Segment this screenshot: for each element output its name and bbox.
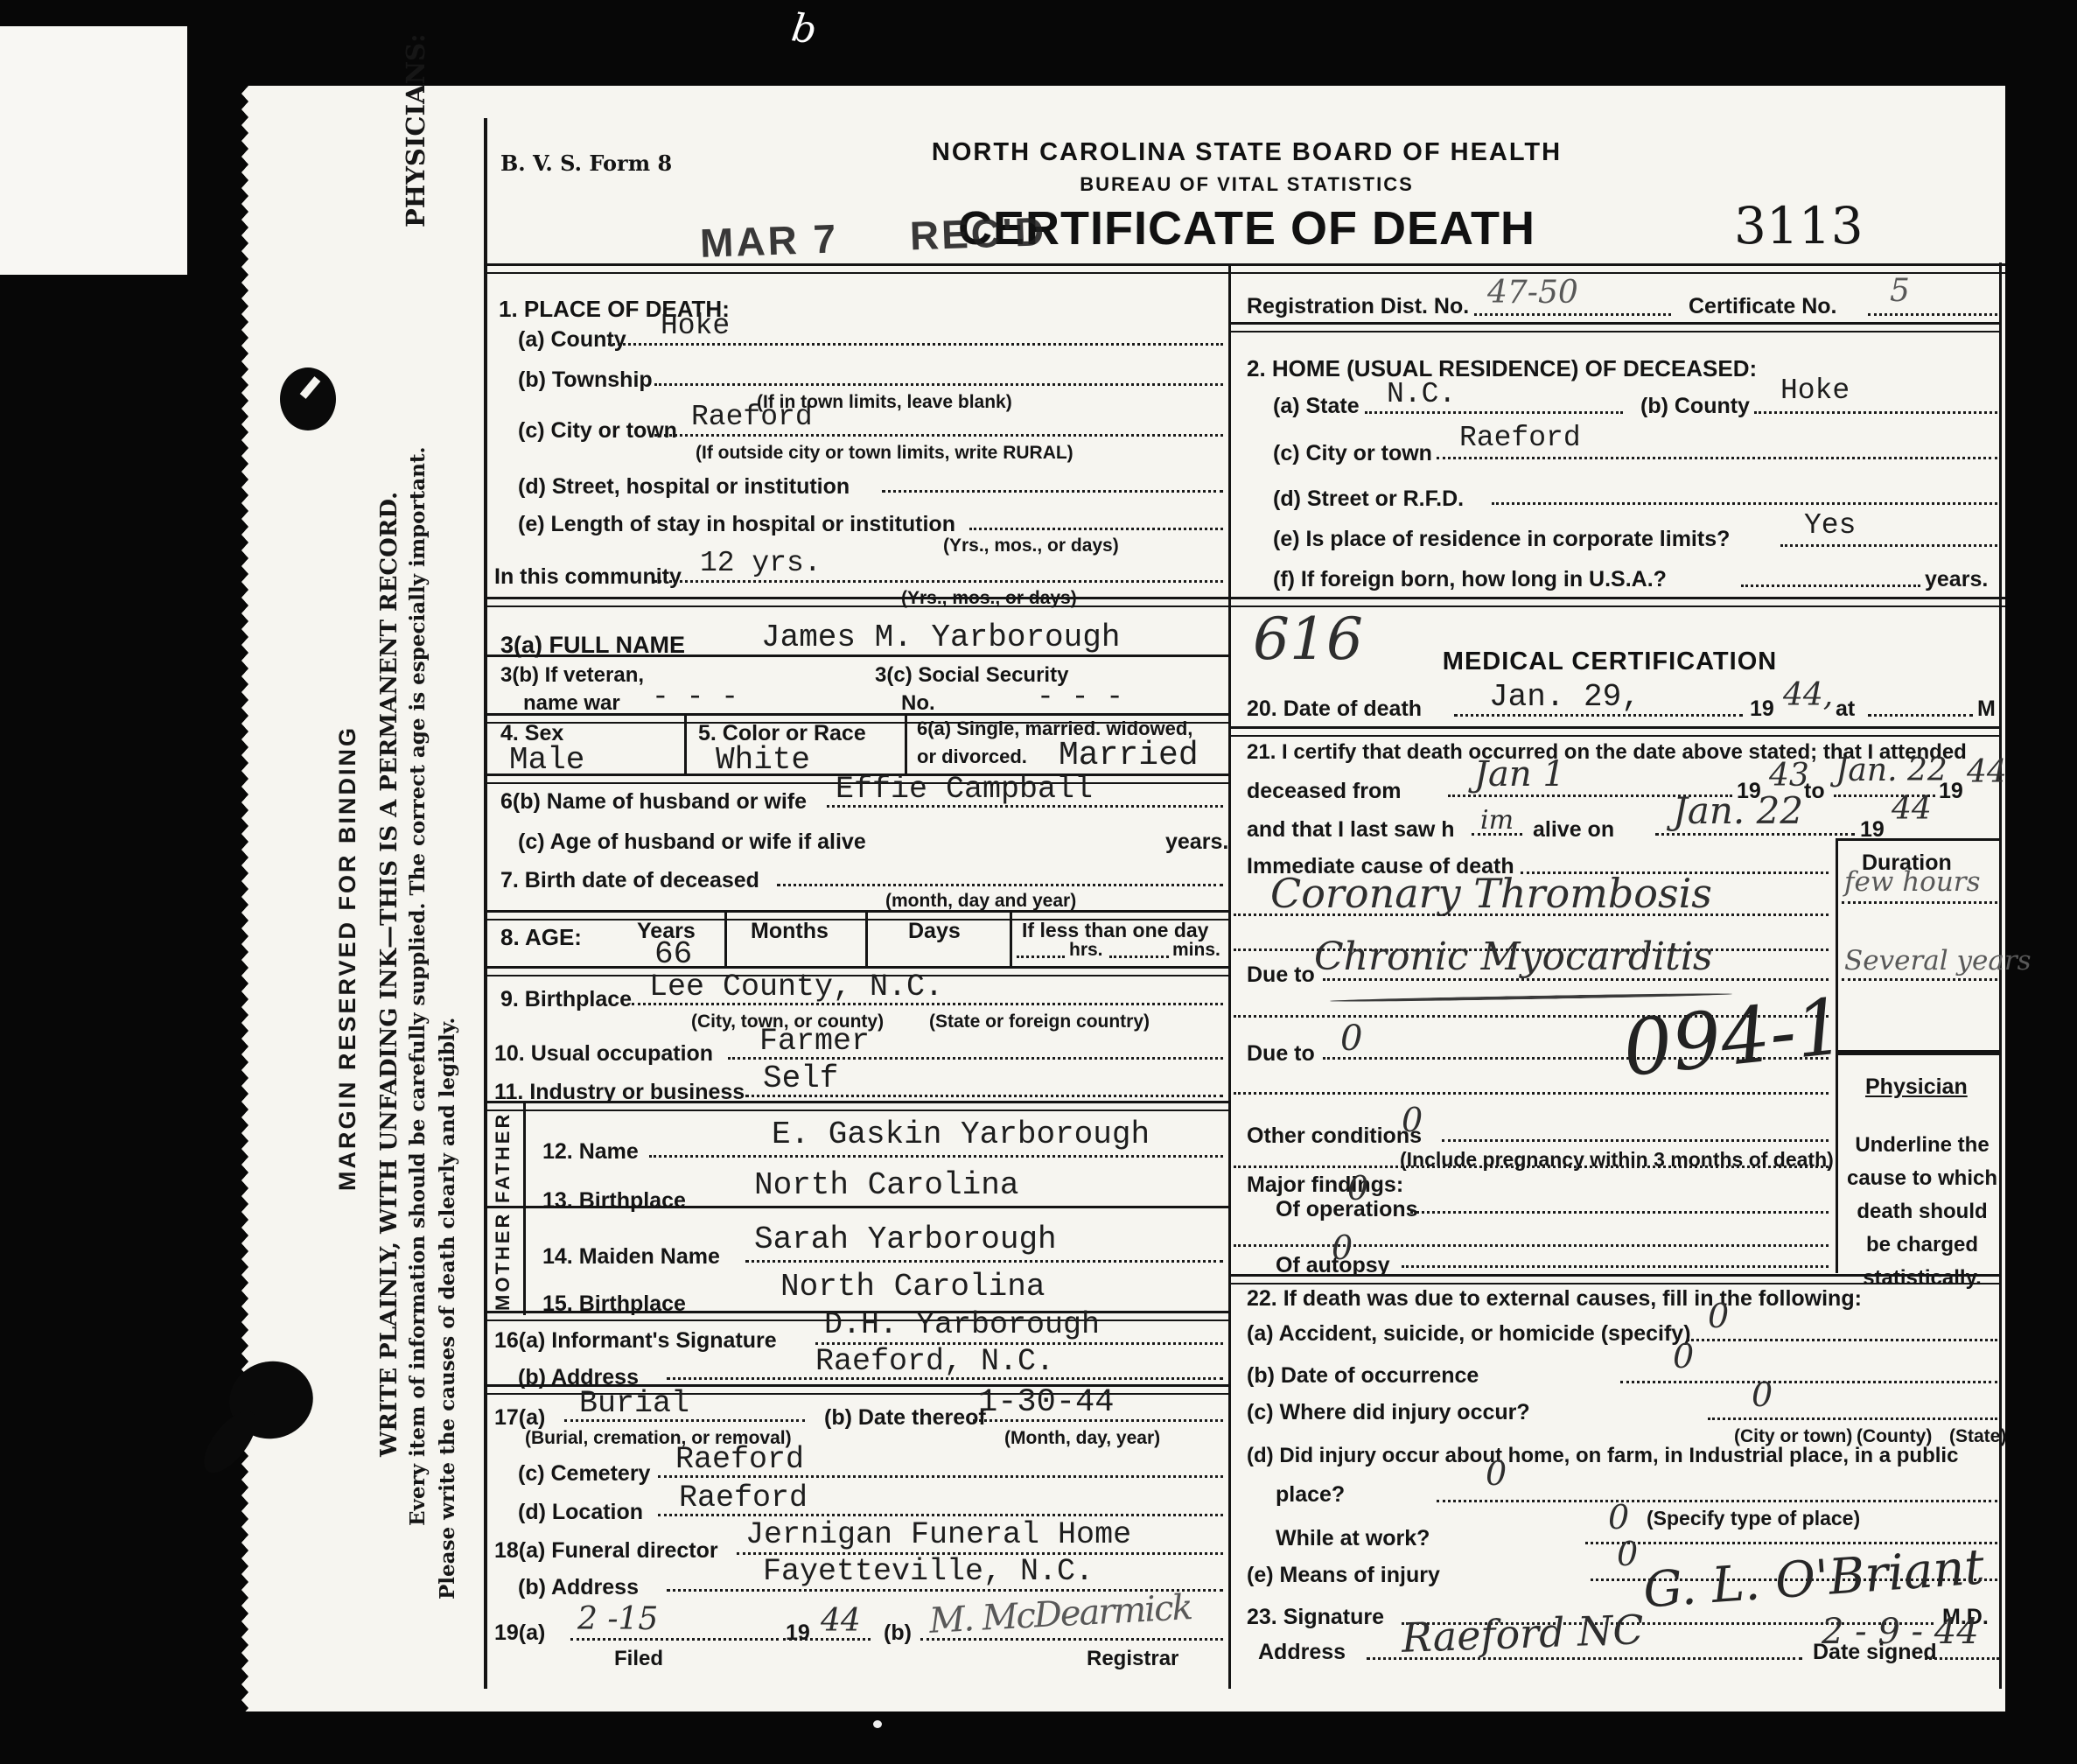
township-label: (b) Township xyxy=(518,367,653,393)
home-state-line xyxy=(1365,411,1623,414)
form-left-border xyxy=(484,118,487,1689)
informant-sig-label: 16(a) Informant's Signature xyxy=(494,1328,777,1354)
physician-note: Underline the cause to which death shoul… xyxy=(1843,1129,2002,1295)
registrar-line xyxy=(920,1638,1223,1641)
director-addr-label: (b) Address xyxy=(518,1575,639,1600)
full-name-value: James M. Yarborough xyxy=(761,619,1120,655)
location-label: (d) Location xyxy=(518,1500,643,1525)
margin-physicians-label: PHYSICIANS: xyxy=(401,96,441,227)
home-city-label: (c) City or town xyxy=(1273,441,1432,466)
community-line xyxy=(654,580,1223,583)
birthplace-hint2: (State or foreign country) xyxy=(929,1011,1150,1032)
home-county-value: Hoke xyxy=(1780,374,1850,407)
foreign-born-line xyxy=(1741,584,1920,587)
duration-bottom-rule xyxy=(1836,1050,2000,1055)
registrar-caption: Registrar xyxy=(1087,1647,1178,1671)
from-year: 43 xyxy=(1769,758,1809,794)
to-19: 19 xyxy=(1939,779,1963,804)
occupation-value: Farmer xyxy=(759,1024,870,1059)
birthplace-label: 9. Birthplace xyxy=(500,987,632,1012)
scan-white-box xyxy=(0,26,187,275)
community-hint: (Yrs., mos., or days) xyxy=(901,588,1077,609)
deceased-from-label: deceased from xyxy=(1247,779,1401,804)
certificate-serial: 3113 xyxy=(1734,196,1864,255)
accident-value: 0 xyxy=(1708,1297,1729,1335)
where-injury-value: 0 xyxy=(1752,1375,1773,1414)
father-birthplace-label: 13. Birthplace xyxy=(542,1188,686,1214)
age-divider2 xyxy=(865,910,868,968)
other-conditions-value: 0 xyxy=(1402,1101,1423,1139)
parents-mid-rule xyxy=(484,1206,1228,1208)
saw-year: 44 xyxy=(1892,791,1932,827)
injury-place-label: place? xyxy=(1276,1482,1345,1508)
date-signed-value: 2 - 9 - 44 xyxy=(1822,1612,1979,1652)
county-label: (a) County xyxy=(518,327,626,353)
father-name-line xyxy=(649,1155,1223,1158)
hrs-line xyxy=(1017,955,1065,958)
certificate-no-label: Certificate No. xyxy=(1689,294,1836,319)
burial-date-label: (b) Date thereof xyxy=(824,1405,986,1431)
injury-place-line xyxy=(1437,1500,1997,1502)
attended-to: Jan. 22 xyxy=(1836,752,1948,788)
ssn-value: - - - xyxy=(1037,681,1123,713)
city-line xyxy=(654,434,1223,437)
margin-binding-note: MARGIN RESERVED FOR BINDING xyxy=(334,626,371,1291)
last-saw-label: and that I last saw h xyxy=(1247,817,1455,843)
spouse-value: Effie Campball xyxy=(836,772,1093,807)
registration-dist-value: 47-50 xyxy=(1487,275,1578,311)
informant-addr-value: Raeford, N.C. xyxy=(815,1344,1054,1379)
birth-date-hint: (month, day and year) xyxy=(885,891,1076,912)
occurrence-value: 0 xyxy=(1673,1337,1694,1375)
medical-certification-heading: MEDICAL CERTIFICATION xyxy=(1365,647,1855,676)
ink-blot xyxy=(280,367,336,430)
cemetery-value: Raeford xyxy=(675,1442,804,1477)
street-line xyxy=(882,490,1223,493)
while-at-work-value: 0 xyxy=(1608,1498,1629,1536)
of-operations-line xyxy=(1410,1211,1829,1214)
of-autopsy-line xyxy=(1402,1265,1829,1268)
marital-label2: or divorced. xyxy=(917,745,1027,768)
injury-place-value: 0 xyxy=(1486,1454,1507,1493)
immediate-cause-line xyxy=(1234,913,1829,916)
physician-label: Physician xyxy=(1865,1074,1968,1100)
dod-at-line xyxy=(1868,714,1973,717)
home-county-label: (b) County xyxy=(1640,394,1750,419)
filed-year-prefix: 19 xyxy=(786,1620,810,1646)
dod-at: at xyxy=(1836,696,1855,722)
age-days-label: Days xyxy=(908,919,961,944)
registration-dist-label: Registration Dist. No. xyxy=(1247,294,1469,319)
duration2-value: Several years xyxy=(1844,945,2032,976)
due-to1-label: Due to xyxy=(1247,962,1315,988)
funeral-director-label: 18(a) Funeral director xyxy=(494,1538,718,1564)
other-conditions-line xyxy=(1442,1139,1829,1142)
autopsy-empty-line xyxy=(1234,1244,1829,1247)
stamp-recd: REC'D xyxy=(909,208,1047,258)
last-saw-date: Jan. 22 xyxy=(1673,789,1803,832)
stay-line xyxy=(969,528,1223,530)
age-divider1 xyxy=(724,910,727,968)
birth-date-line xyxy=(777,884,1223,886)
last-saw-line xyxy=(1655,833,1855,836)
means-injury-value: 0 xyxy=(1617,1535,1638,1573)
home-city-value: Raeford xyxy=(1459,422,1581,454)
occupation-line xyxy=(728,1057,1223,1060)
due2-empty-line xyxy=(1234,1092,1829,1095)
foreign-born-label: (f) If foreign born, how long in U.S.A.? xyxy=(1273,567,1667,592)
burial-date-hint: (Month, day, year) xyxy=(1004,1428,1160,1449)
veteran-label: 3(b) If veteran, xyxy=(500,663,644,688)
due-to1-value: Chronic Myocarditis xyxy=(1314,934,1712,979)
alive-on-label: alive on xyxy=(1533,817,1614,843)
dod-m: M xyxy=(1977,696,1996,722)
industry-line xyxy=(745,1095,1223,1097)
due-to1-line xyxy=(1323,978,1829,981)
duration-top-rule xyxy=(1836,838,2000,841)
due-to2-value: 0 xyxy=(1340,1018,1362,1059)
major-empty-line xyxy=(1234,1165,1829,1168)
township-line xyxy=(654,383,1223,386)
section12-rule xyxy=(484,597,2005,607)
date-of-death-line xyxy=(1454,714,1743,717)
industry-value: Self xyxy=(763,1060,838,1096)
spouse-age-label: (c) Age of husband or wife if alive xyxy=(518,829,866,855)
means-injury-label: (e) Means of injury xyxy=(1247,1563,1440,1588)
age-less-label: If less than one day xyxy=(1022,919,1208,942)
filed-year-line xyxy=(783,1638,871,1641)
ssn-label2: No. xyxy=(901,691,935,716)
home-city-line xyxy=(1437,457,1997,459)
full-name-rule xyxy=(484,654,1228,657)
date-of-death-label: 20. Date of death xyxy=(1247,696,1422,722)
location-line xyxy=(658,1514,1223,1516)
registration-rule xyxy=(1231,322,1999,332)
accident-label: (a) Accident, suicide, or homicide (spec… xyxy=(1247,1321,1691,1347)
handwritten-616: 616 xyxy=(1253,605,1363,673)
dod-year: 44, xyxy=(1783,677,1833,713)
burial-date-value: 1-30-44 xyxy=(978,1384,1114,1421)
race-value: White xyxy=(716,742,810,778)
mother-name-label: 14. Maiden Name xyxy=(542,1244,720,1270)
row20-rule xyxy=(1231,726,1999,737)
burial-type-value: Burial xyxy=(579,1386,689,1421)
center-divider xyxy=(1228,265,1231,1689)
hrs-label: hrs. xyxy=(1069,940,1103,961)
occurrence-line xyxy=(1620,1381,1997,1383)
registrar-b-label: (b) xyxy=(884,1620,912,1646)
date-of-death-value: Jan. 29, xyxy=(1489,679,1640,715)
form-number: B. V. S. Form 8 xyxy=(500,150,672,176)
sex-value: Male xyxy=(509,742,584,778)
mother-label: MOTHER xyxy=(492,1213,520,1311)
cert-address-line xyxy=(1367,1657,1802,1660)
scanned-death-certificate: b MARGIN RESERVED FOR BINDING WRITE PLAI… xyxy=(0,0,2077,1764)
cemetery-line xyxy=(658,1475,1223,1478)
home-heading: 2. HOME (USUAL RESIDENCE) OF DECEASED: xyxy=(1247,355,1757,382)
father-name-label: 12. Name xyxy=(542,1139,639,1165)
marital-value: Married xyxy=(1059,737,1199,774)
scan-speck xyxy=(873,1720,882,1728)
attended-from: Jan 1 xyxy=(1474,754,1565,794)
county-value: Hoke xyxy=(661,310,730,342)
burial-date-line xyxy=(973,1419,1223,1422)
row11-rule xyxy=(484,1101,1228,1111)
home-street-label: (d) Street or R.F.D. xyxy=(1273,486,1464,512)
last-saw-him: im xyxy=(1480,805,1514,836)
to-year: 44 xyxy=(1967,754,2007,790)
stamp-date: MAR 7 xyxy=(699,215,839,265)
row-autopsy-rule xyxy=(1231,1274,1999,1284)
to-label: to xyxy=(1804,779,1825,804)
filed-caption: Filed xyxy=(614,1647,663,1671)
filed-date-value: 2 -15 xyxy=(577,1601,658,1637)
location-value: Raeford xyxy=(679,1480,808,1515)
birthplace-line xyxy=(632,1003,1223,1005)
dod-19: 19 xyxy=(1750,696,1774,722)
cert-address-label: Address xyxy=(1258,1640,1346,1665)
of-operations-value: 0 xyxy=(1347,1169,1368,1207)
duration1-line xyxy=(1842,901,1997,904)
county-line xyxy=(608,343,1223,346)
while-at-work-label: While at work? xyxy=(1276,1526,1430,1551)
director-addr-value: Fayetteville, N.C. xyxy=(763,1554,1094,1589)
occupation-label: 10. Usual occupation xyxy=(494,1041,713,1067)
city-value: Raeford xyxy=(691,401,813,433)
funeral-director-value: Jernigan Funeral Home xyxy=(745,1517,1131,1552)
stay-hint: (Yrs., mos., or days) xyxy=(943,535,1119,556)
immediate-cause-value: Coronary Thrombosis xyxy=(1270,870,1712,917)
certificate-no-value: 5 xyxy=(1890,273,1910,309)
father-name-value: E. Gaskin Yarborough xyxy=(772,1116,1150,1152)
informant-addr-line xyxy=(667,1377,1223,1380)
row4-divider2 xyxy=(905,713,907,774)
certificate-no-line xyxy=(1868,313,1997,316)
city-hint: (If outside city or town limits, write R… xyxy=(696,443,1073,464)
corporate-limits-label: (e) Is place of residence in corporate l… xyxy=(1273,527,1730,552)
foreign-born-years: years. xyxy=(1925,567,1988,592)
age-label: 8. AGE: xyxy=(500,924,582,951)
external-heading: 22. If death was due to external causes,… xyxy=(1247,1286,1862,1312)
mother-birthplace-value: North Carolina xyxy=(780,1269,1045,1305)
corporate-limits-line xyxy=(1780,544,1997,547)
veteran-value: - - - xyxy=(652,681,738,713)
cemetery-label: (c) Cemetery xyxy=(518,1461,650,1487)
informant-sig-value: D.H. Yarborough xyxy=(824,1307,1100,1342)
burial-no-label: 17(a) xyxy=(494,1405,545,1431)
injury-home-label: (d) Did injury occur about home, on farm… xyxy=(1247,1444,1958,1468)
age-months-label: Months xyxy=(751,919,829,944)
burial-type-line xyxy=(564,1419,805,1422)
corporate-limits-value: Yes xyxy=(1804,509,1856,542)
bureau-subtitle: BUREAU OF VITAL STATISTICS xyxy=(892,173,1601,196)
community-value: 12 yrs. xyxy=(700,547,822,579)
city-label: (c) City or town xyxy=(518,418,677,444)
home-county-line xyxy=(1754,411,1997,414)
date-signed-line xyxy=(1925,1657,1999,1660)
spouse-line xyxy=(827,805,1223,808)
occurrence-label: (b) Date of occurrence xyxy=(1247,1363,1479,1389)
filed-date-line xyxy=(570,1638,779,1641)
birthplace-value: Lee County, N.C. xyxy=(649,969,943,1004)
spouse-label: 6(b) Name of husband or wife xyxy=(500,789,807,815)
registration-dist-line xyxy=(1474,313,1671,316)
injury-place-hint: (Specify type of place) xyxy=(1647,1507,1860,1530)
home-street-line xyxy=(1492,502,1997,505)
stray-mark: b xyxy=(789,5,820,52)
cert-address-value: Raeford NC xyxy=(1401,1606,1644,1662)
header-rule xyxy=(484,263,2005,274)
other-conditions-label: Other conditions xyxy=(1247,1123,1422,1149)
row4-divider1 xyxy=(684,713,687,774)
margin-legibly-note: Please write the causes of death clearly… xyxy=(436,901,469,1715)
accident-line xyxy=(1687,1339,1997,1341)
home-state-value: N.C. xyxy=(1387,378,1456,410)
board-of-health-title: NORTH CAROLINA STATE BOARD OF HEALTH xyxy=(892,138,1601,167)
margin-supplied-note: Every item of information should be care… xyxy=(406,229,439,1743)
mins-line xyxy=(1109,955,1169,958)
torn-edge xyxy=(234,86,248,1711)
mother-name-line xyxy=(745,1260,1223,1263)
filed-year-value: 44 xyxy=(821,1603,861,1639)
mother-name-value: Sarah Yarborough xyxy=(754,1221,1057,1257)
age-divider3 xyxy=(1010,910,1012,968)
spouse-age-years: years. xyxy=(1165,829,1228,855)
stay-label: (e) Length of stay in hospital or instit… xyxy=(518,512,955,537)
signature-label: 23. Signature xyxy=(1247,1605,1384,1630)
major-findings-label: Major findings: xyxy=(1247,1172,1403,1198)
due-to2-label: Due to xyxy=(1247,1041,1315,1067)
father-birthplace-value: North Carolina xyxy=(754,1167,1018,1203)
where-injury-label: (c) Where did injury occur? xyxy=(1247,1400,1530,1425)
veteran-label2: name war xyxy=(523,691,620,716)
home-state-label: (a) State xyxy=(1273,394,1360,419)
mins-label: mins. xyxy=(1172,940,1220,961)
street-label: (d) Street, hospital or institution xyxy=(518,474,850,500)
duration2-line xyxy=(1842,978,1997,981)
birth-date-label: 7. Birth date of deceased xyxy=(500,868,759,893)
filed-no-label: 19(a) xyxy=(494,1620,545,1646)
duration1-value: few hours xyxy=(1844,866,1981,898)
community-label: In this community xyxy=(494,564,682,590)
where-injury-line xyxy=(1708,1417,1997,1420)
last-saw-him-line xyxy=(1472,833,1522,836)
father-label: FATHER xyxy=(492,1109,520,1206)
